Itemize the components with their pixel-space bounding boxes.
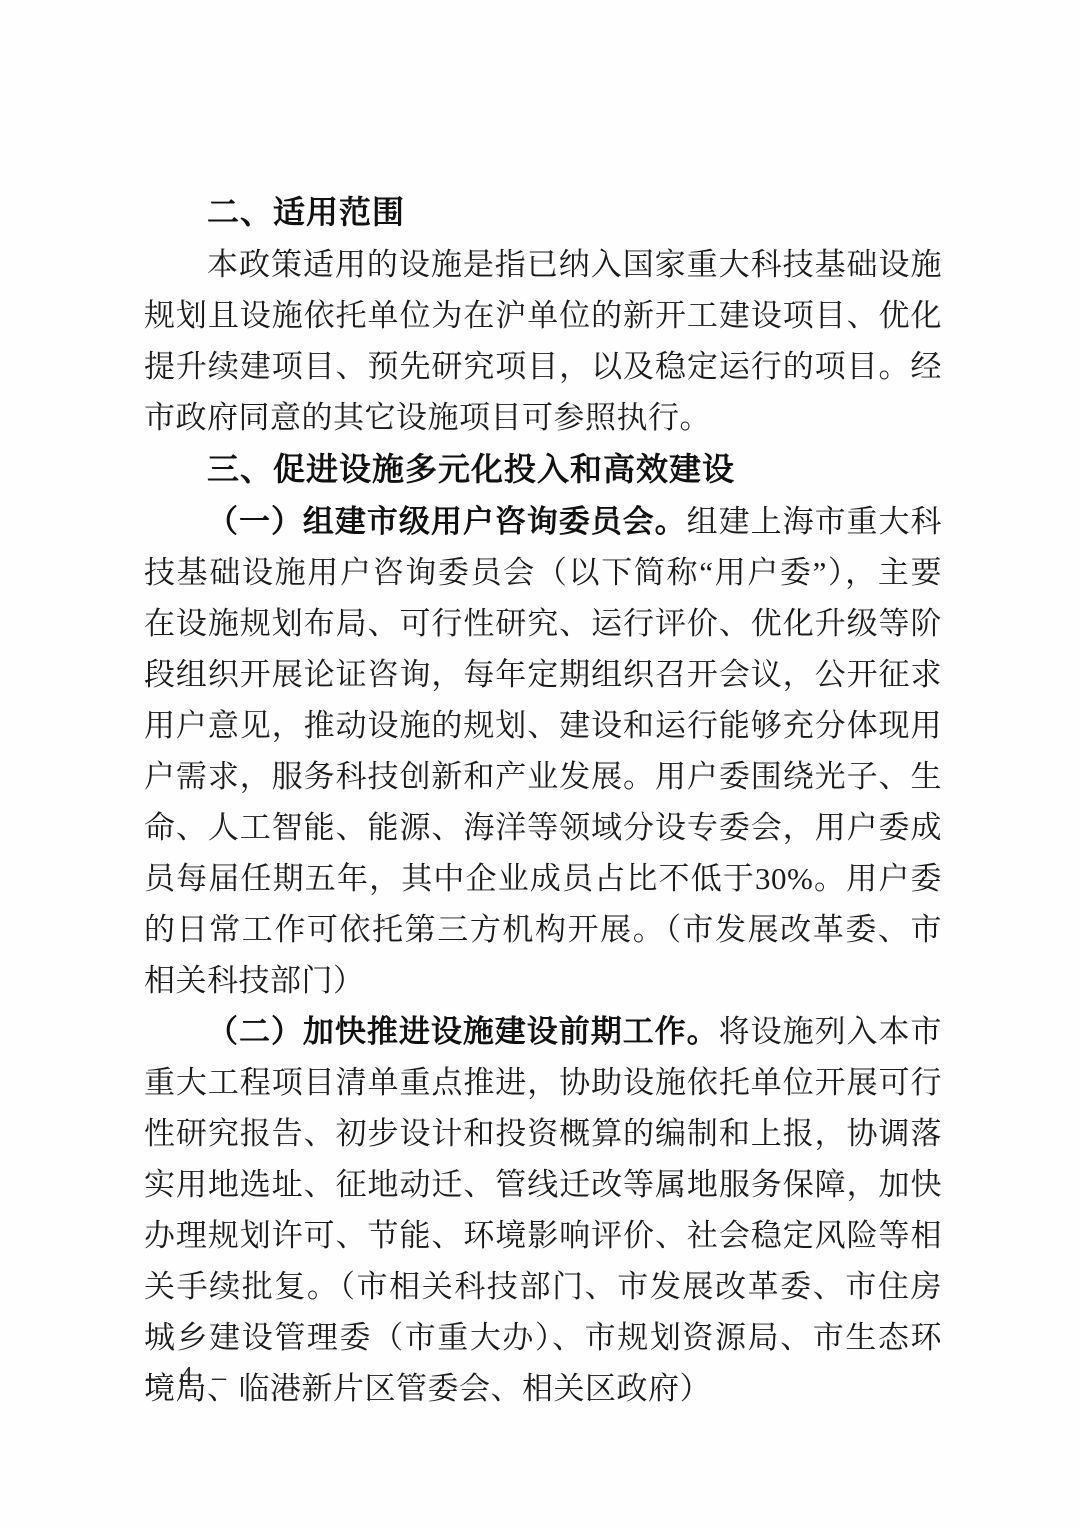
paragraph-item-2-lead: （二）加快推进设施建设前期工作。 xyxy=(207,1014,719,1049)
document-page: 二、适用范围 本政策适用的设施是指已纳入国家重大科技基础设施规划且设施依托单位为… xyxy=(0,0,1080,1528)
paragraph-item-1: （一）组建市级用户咨询委员会。组建上海市重大科技基础设施用户咨询委员会（以下简称… xyxy=(144,496,942,1006)
section-heading-scope: 二、适用范围 xyxy=(144,186,942,238)
paragraph-item-2-body: 将设施列入本市重大工程项目清单重点推进，协助设施依托单位开展可行性研究报告、初步… xyxy=(144,1014,942,1406)
paragraph-item-1-lead: （一）组建市级用户咨询委员会。 xyxy=(207,504,687,539)
paragraph-item-2: （二）加快推进设施建设前期工作。将设施列入本市重大工程项目清单重点推进，协助设施… xyxy=(144,1006,942,1414)
paragraph-scope-body: 本政策适用的设施是指已纳入国家重大科技基础设施规划且设施依托单位为在沪单位的新开… xyxy=(144,239,942,443)
page-number: – 4 – xyxy=(146,1362,232,1394)
document-content: 二、适用范围 本政策适用的设施是指已纳入国家重大科技基础设施规划且设施依托单位为… xyxy=(144,186,942,1414)
paragraph-item-1-body: 组建上海市重大科技基础设施用户咨询委员会（以下简称“用户委”），主要在设施规划布… xyxy=(144,504,942,998)
section-heading-investment: 三、促进设施多元化投入和高效建设 xyxy=(144,443,942,495)
